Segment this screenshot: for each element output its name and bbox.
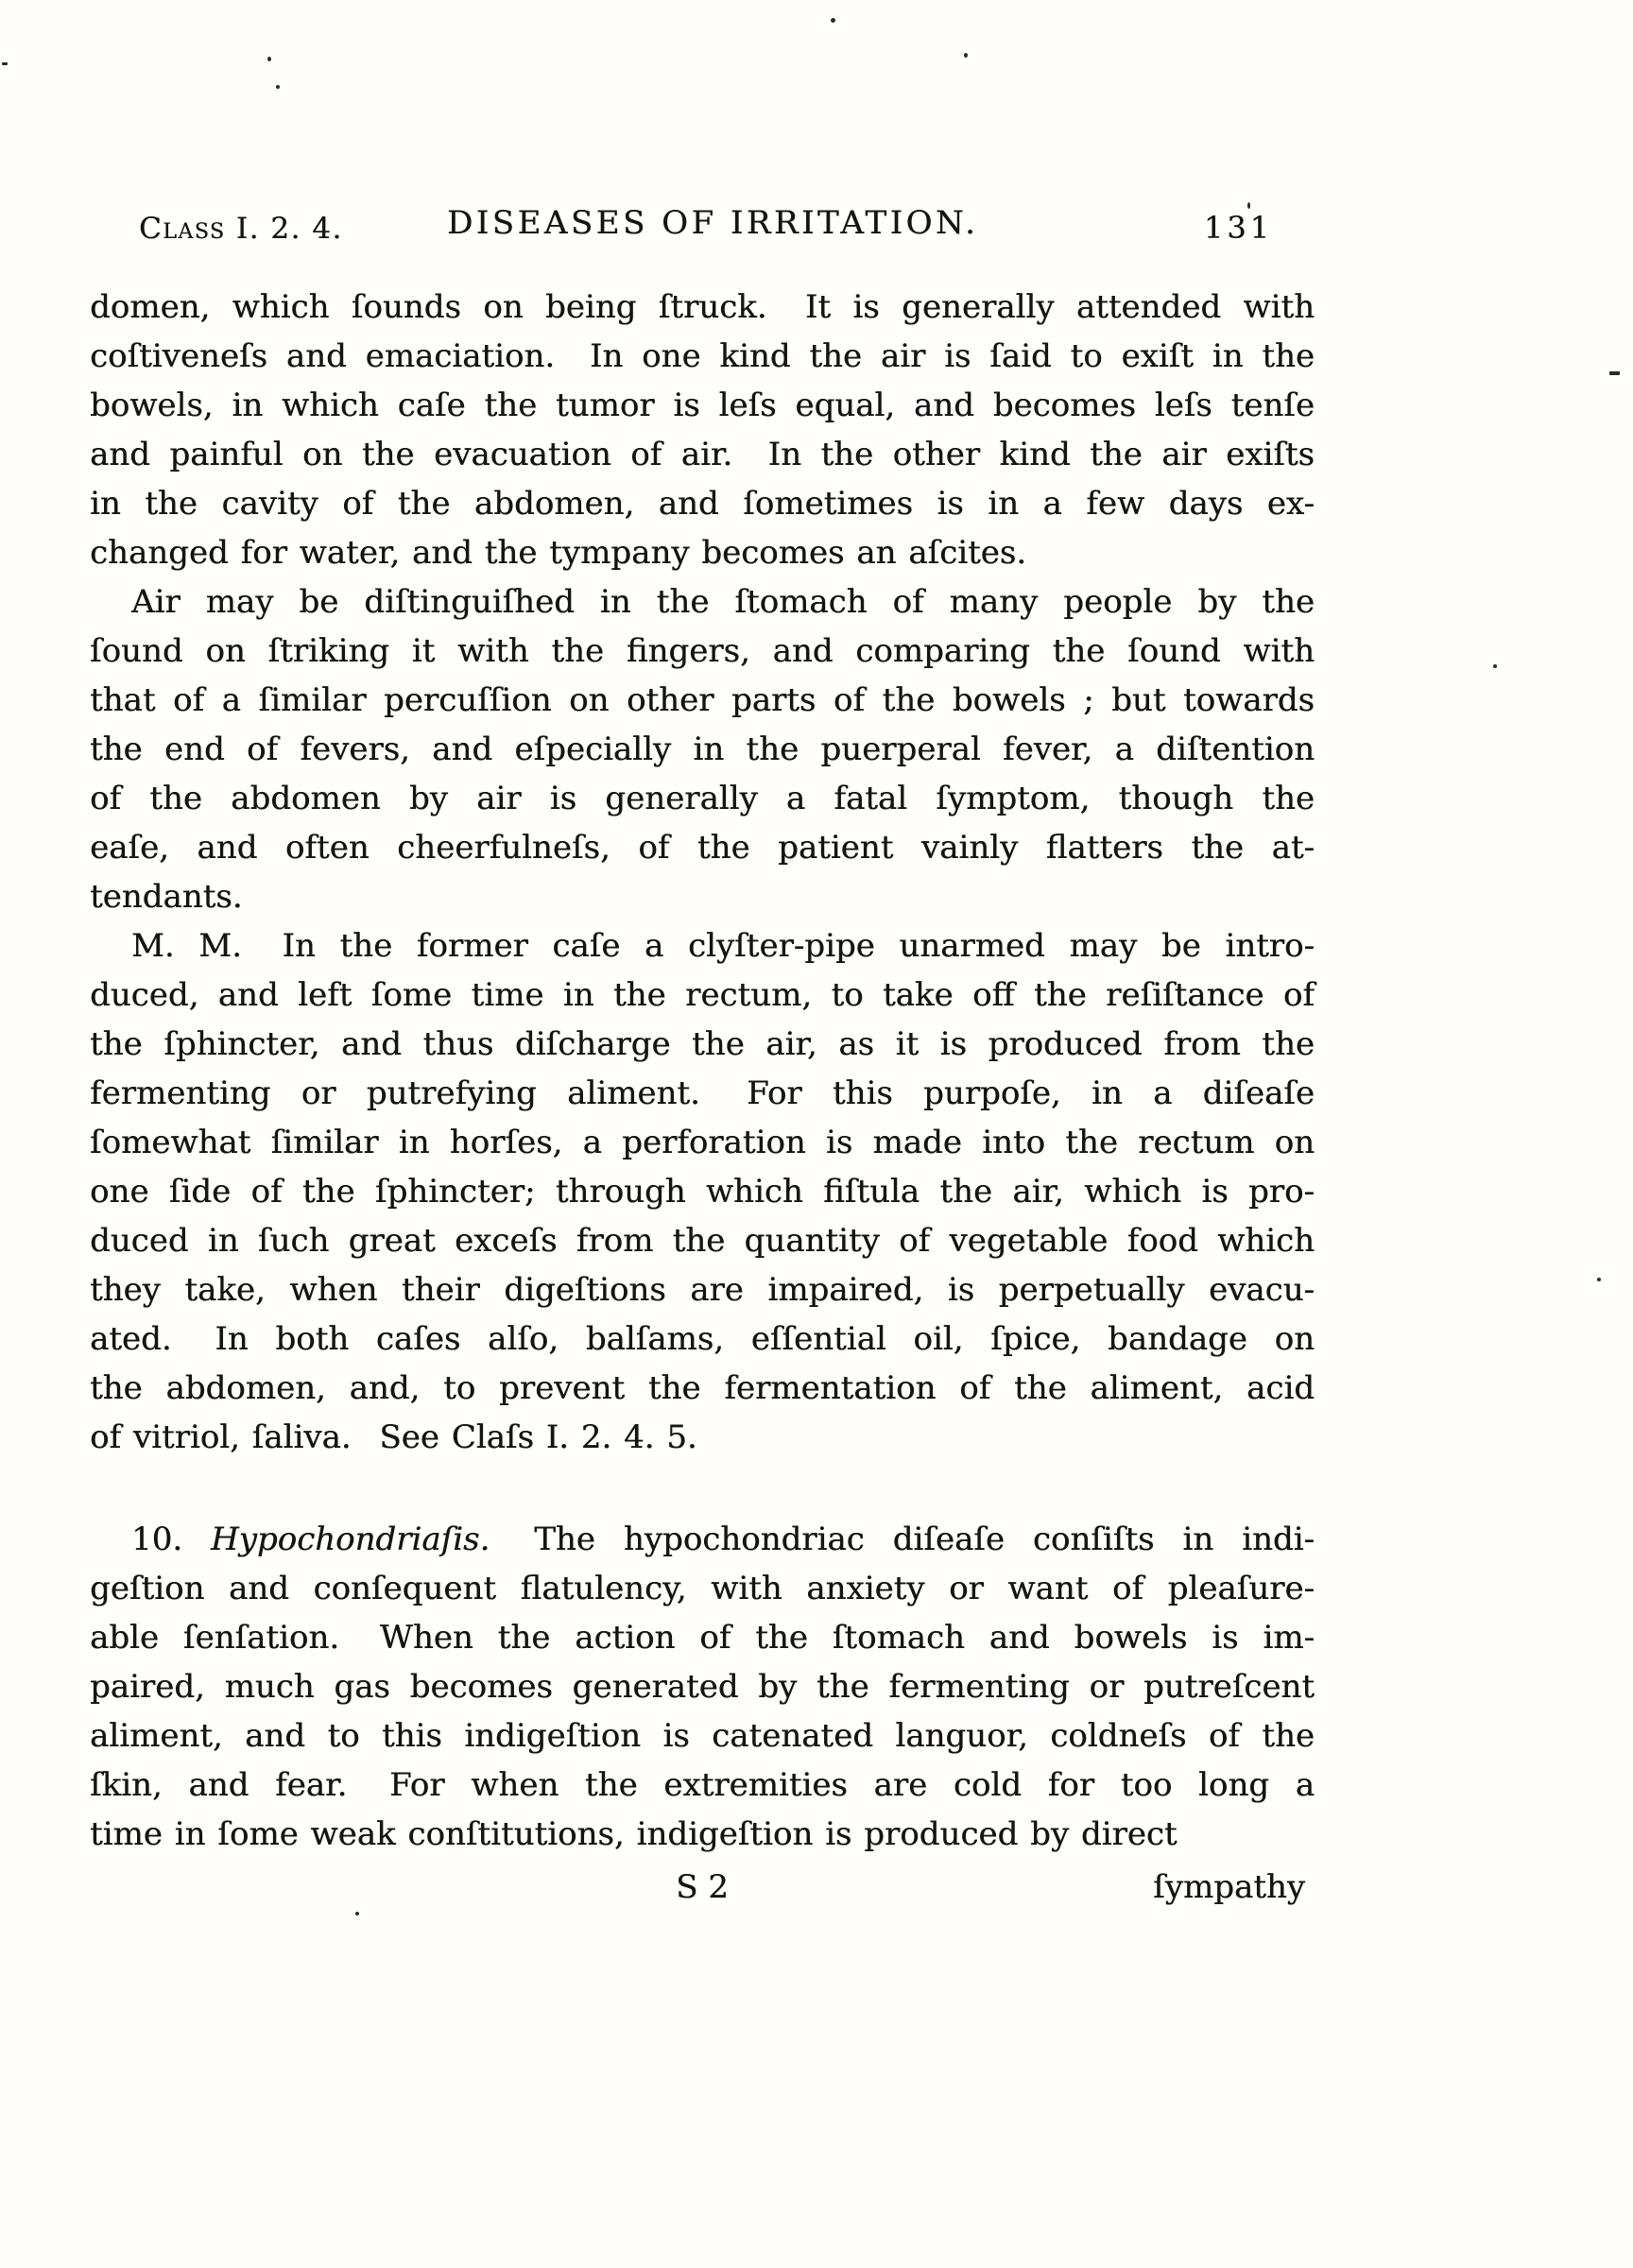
scan-speck bbox=[355, 1912, 359, 1916]
text-line: duced, and left ſome time in the rectum,… bbox=[90, 971, 1315, 1020]
text-line: changed for water, and the tympany becom… bbox=[90, 528, 1315, 577]
scan-speck bbox=[1609, 371, 1620, 375]
text-line: tendants. bbox=[90, 872, 1315, 921]
text-line: 10. Hypochondriaſis. The hypochondriac d… bbox=[90, 1515, 1315, 1564]
text-line: ſound on ſtriking it with the fingers, a… bbox=[90, 627, 1315, 676]
paragraph: Air may be diſtinguiſhed in the ſtomach … bbox=[90, 577, 1315, 921]
scan-speck bbox=[1493, 664, 1497, 668]
scan-speck bbox=[2, 62, 8, 65]
text-line: duced in ſuch great exceſs from the quan… bbox=[90, 1216, 1315, 1265]
text-line: of vitriol, ſaliva. See Claſs I. 2. 4. 5… bbox=[90, 1413, 1315, 1462]
page-number: 131 bbox=[1204, 210, 1273, 246]
page-header: Class I. 2. 4. DISEASES OF IRRITATION. 1… bbox=[90, 202, 1315, 263]
text-line: and painful on the evacuation of air. In… bbox=[90, 430, 1315, 479]
page-footer: S 2 ſympathy bbox=[90, 1863, 1315, 1912]
text-line: the end of fevers, and eſpecially in the… bbox=[90, 725, 1315, 774]
text-line: Air may be diſtinguiſhed in the ſtomach … bbox=[90, 577, 1315, 627]
text-line: that of a ſimilar percuſſion on other pa… bbox=[90, 676, 1315, 725]
text-line: bowels, in which caſe the tumor is leſs … bbox=[90, 381, 1315, 430]
text-line: one ſide of the ſphincter; through which… bbox=[90, 1167, 1315, 1216]
text-line: eaſe, and often cheerfulneſs, of the pat… bbox=[90, 823, 1315, 872]
scan-speck bbox=[1597, 1278, 1601, 1281]
text-line: ated. In both caſes alſo, balſams, eſſen… bbox=[90, 1314, 1315, 1364]
signature-mark: S 2 bbox=[90, 1863, 1315, 1912]
text-line: domen, which ſounds on being ſtruck. It … bbox=[90, 283, 1315, 332]
paragraph: domen, which ſounds on being ſtruck. It … bbox=[90, 283, 1315, 577]
text-line: geſtion and conſequent flatulency, with … bbox=[90, 1564, 1315, 1613]
book-page: Class I. 2. 4. DISEASES OF IRRITATION. 1… bbox=[0, 0, 1633, 2268]
text-line: ſkin, and fear. For when the extremities… bbox=[90, 1761, 1315, 1810]
text-line: they take, when their digeſtions are imp… bbox=[90, 1265, 1315, 1314]
scan-speck bbox=[831, 18, 835, 23]
text-line: time in ſome weak conſtitutions, indigeſ… bbox=[90, 1810, 1315, 1859]
text-line: the abdomen, and, to prevent the ferment… bbox=[90, 1364, 1315, 1413]
text-line: fermenting or putrefying aliment. For th… bbox=[90, 1069, 1315, 1118]
text-line: aliment, and to this indigeſtion is cate… bbox=[90, 1711, 1315, 1761]
text-line: in the cavity of the abdomen, and ſometi… bbox=[90, 479, 1315, 528]
scan-speck bbox=[964, 53, 968, 58]
scan-speck bbox=[267, 57, 271, 61]
running-title: DISEASES OF IRRITATION. bbox=[447, 204, 978, 242]
running-class-label: Class I. 2. 4. bbox=[139, 212, 343, 246]
text-body: domen, which ſounds on being ſtruck. It … bbox=[90, 283, 1315, 1912]
scan-speck bbox=[1247, 202, 1250, 209]
catchword: ſympathy bbox=[1153, 1863, 1305, 1912]
paragraph: M. M. In the former caſe a clyſter-pipe … bbox=[90, 921, 1315, 1462]
text-line: able ſenſation. When the action of the ſ… bbox=[90, 1613, 1315, 1662]
text-line: of the abdomen by air is generally a fat… bbox=[90, 774, 1315, 823]
text-line: ſomewhat ſimilar in horſes, a perforatio… bbox=[90, 1118, 1315, 1167]
scan-speck bbox=[276, 85, 280, 89]
text-line: M. M. In the former caſe a clyſter-pipe … bbox=[90, 921, 1315, 971]
text-line: paired, much gas becomes generated by th… bbox=[90, 1662, 1315, 1711]
text-line: the ſphincter, and thus diſcharge the ai… bbox=[90, 1020, 1315, 1069]
text-line: coſtiveneſs and emaciation. In one kind … bbox=[90, 332, 1315, 381]
paragraph: 10. Hypochondriaſis. The hypochondriac d… bbox=[90, 1515, 1315, 1859]
